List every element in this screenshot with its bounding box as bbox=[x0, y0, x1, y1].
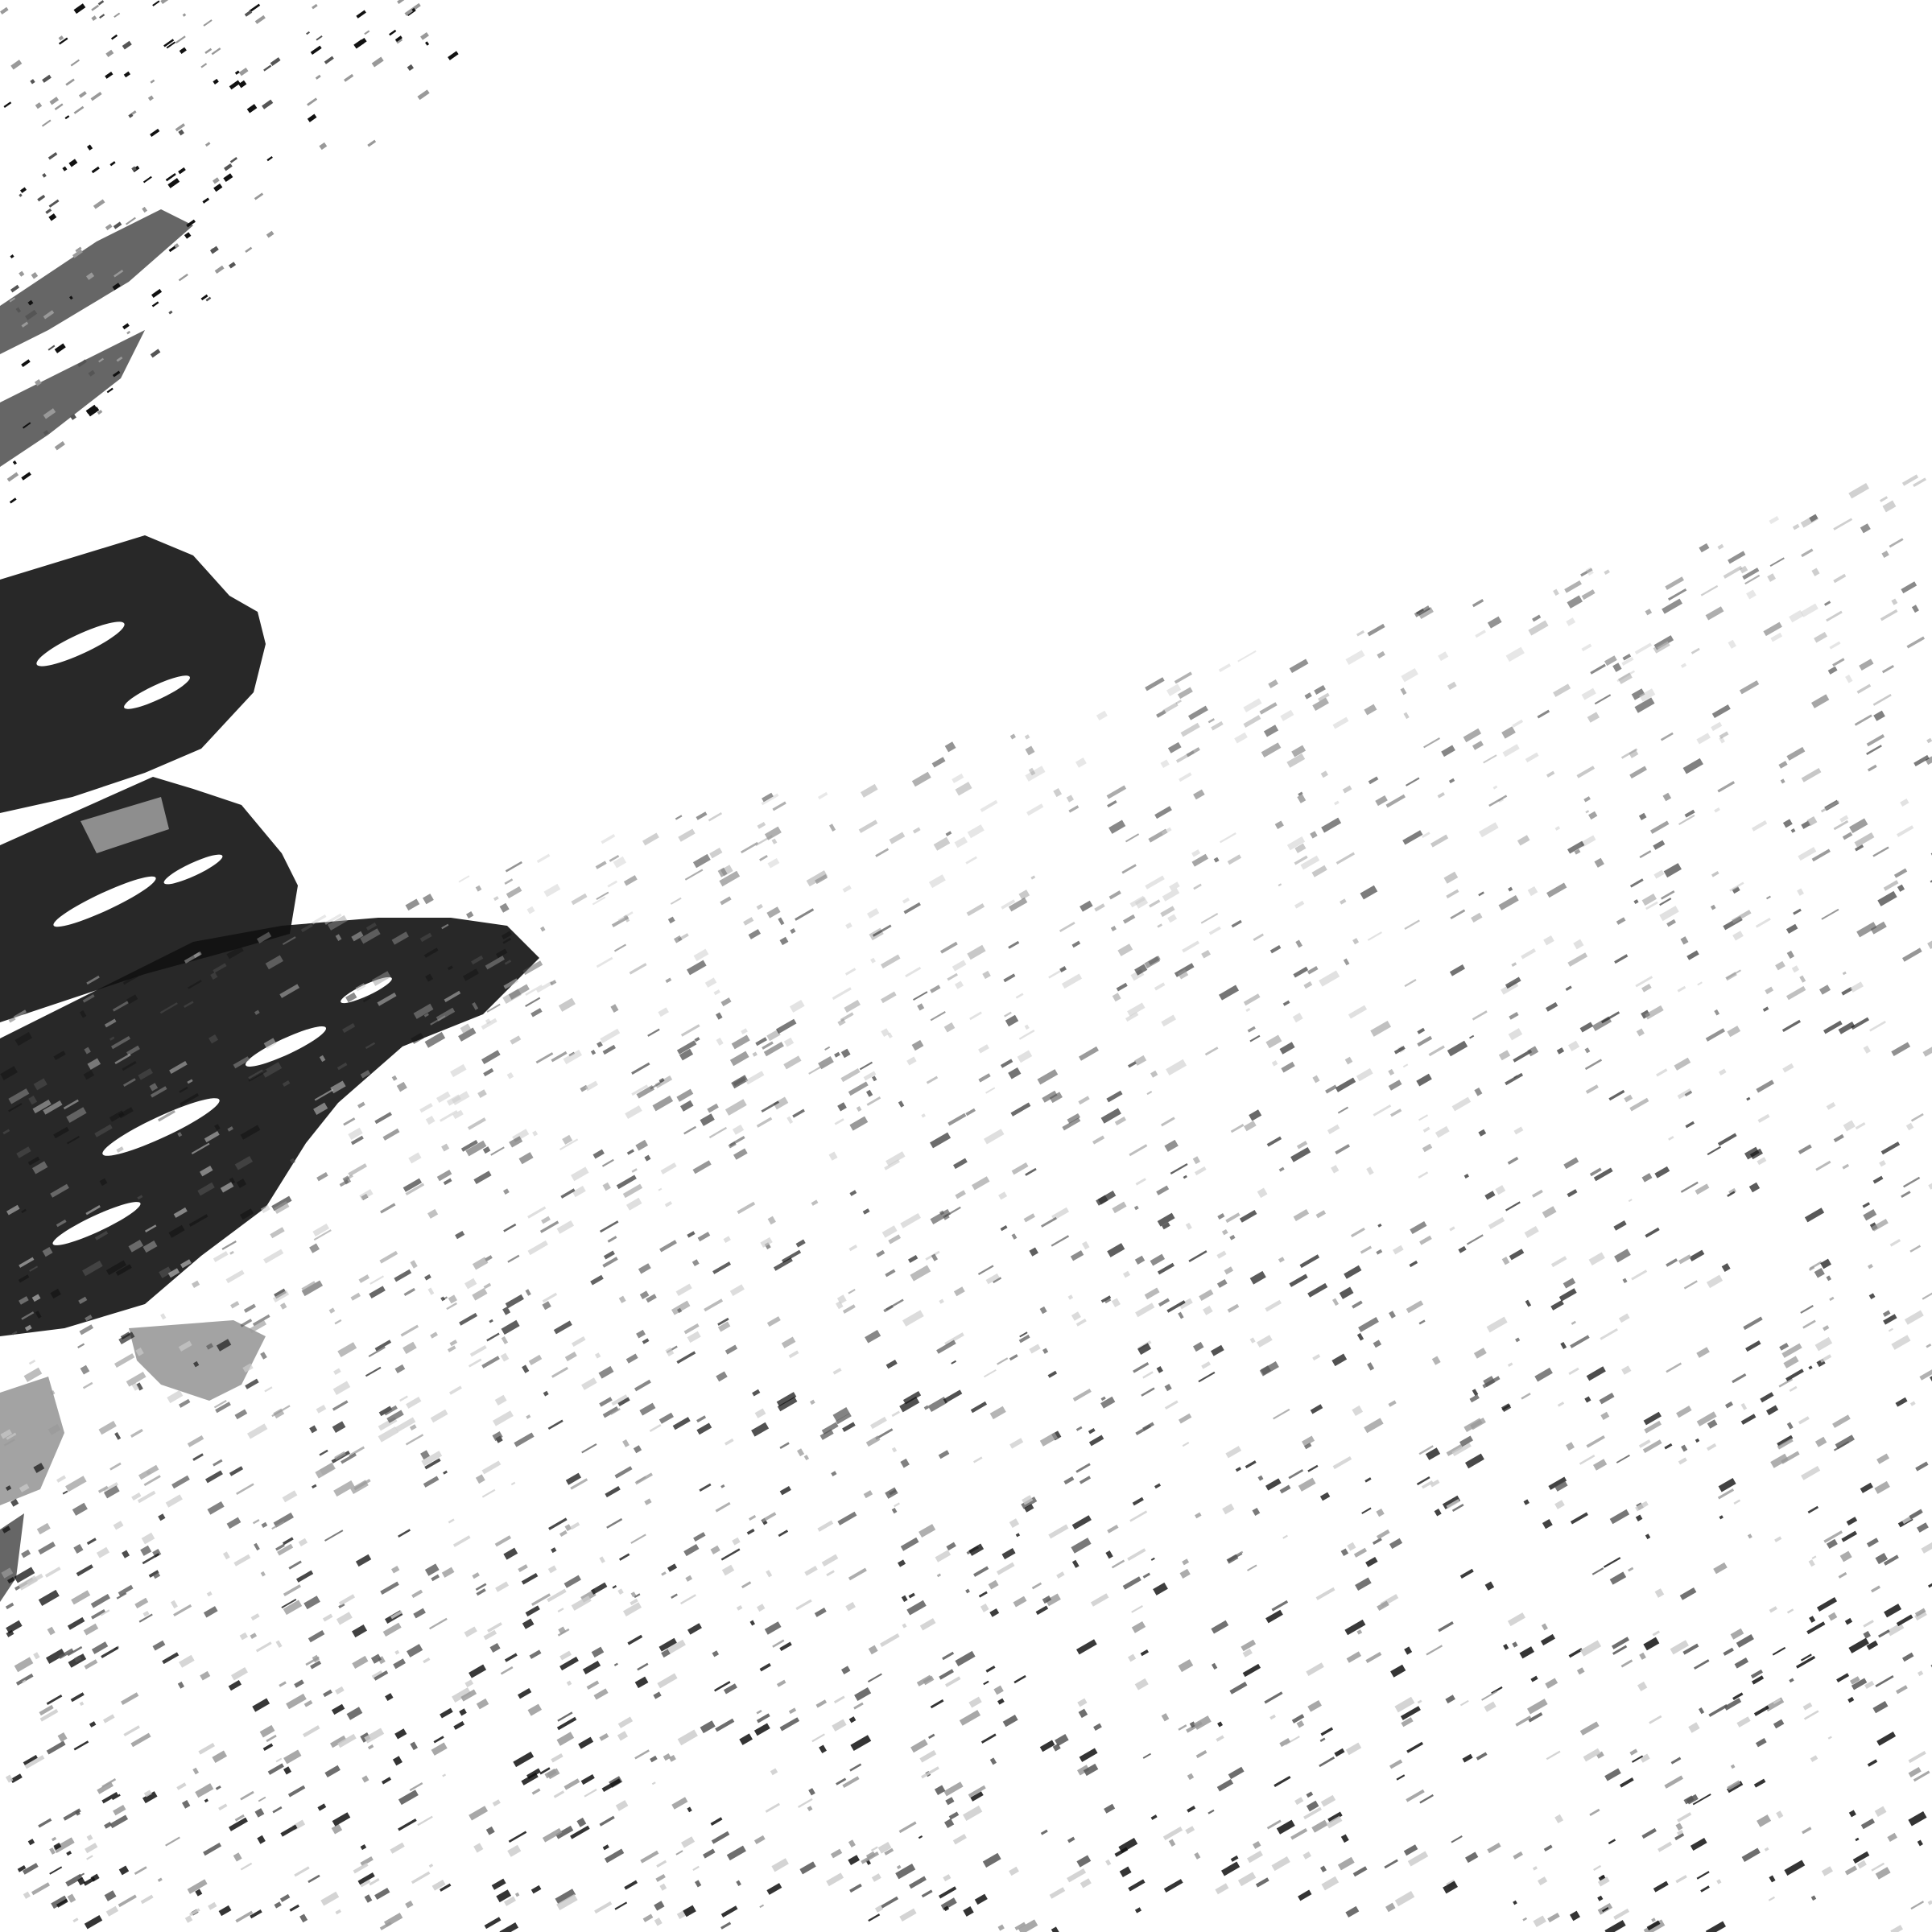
raster-map bbox=[0, 0, 1932, 1932]
dark-terrain-regions bbox=[0, 209, 539, 1602]
terrain-raster bbox=[0, 0, 1932, 1932]
terrain-region bbox=[0, 330, 145, 467]
terrain-region bbox=[0, 209, 193, 354]
terrain-region bbox=[129, 1320, 266, 1401]
terrain-region bbox=[0, 535, 266, 813]
